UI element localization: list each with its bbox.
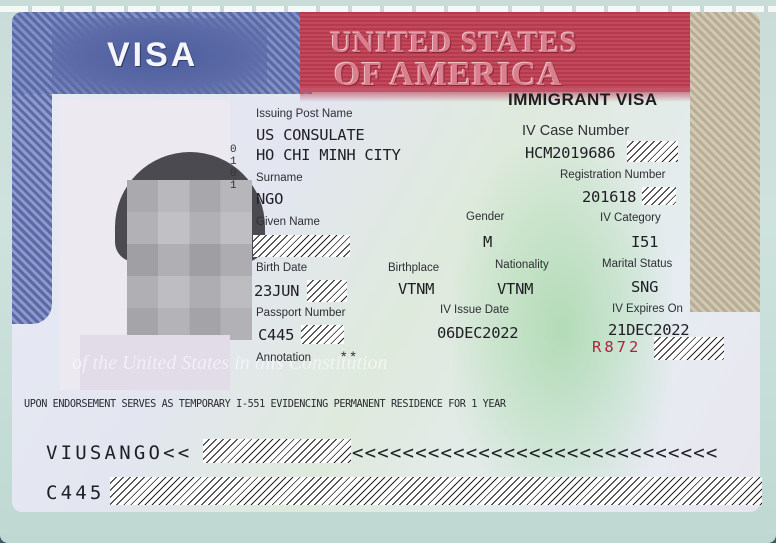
mrz-line-1-prefix: VIUSANGO<< [46, 442, 192, 464]
tan-security-band [690, 12, 760, 312]
birthplace-value: VTNM [398, 280, 434, 298]
gender-label: Gender [466, 211, 504, 223]
passport-number-value: C445 [258, 326, 294, 344]
mrz-line-2-redaction [110, 477, 762, 505]
iv-issue-date-value: 06DEC2022 [437, 324, 518, 342]
iv-case-number-value: HCM2019686 [525, 144, 615, 162]
control-digits: 0 1 0 1 [230, 144, 240, 192]
iv-expires-on-label: IV Expires On [612, 303, 683, 315]
iv-case-number-label: IV Case Number [522, 123, 629, 139]
blue-side-border [12, 94, 52, 324]
passport-number-label: Passport Number [256, 307, 345, 319]
mrz-line-1-filler: <<<<<<<<<<<<<<<<<<<<<<<<<<<<< [352, 442, 719, 464]
mrz-line-2-prefix: C445 [46, 482, 105, 504]
country-name-line2: OF AMERICA [334, 56, 563, 94]
given-name-redaction [253, 235, 350, 257]
annotation-value: * * [341, 348, 356, 364]
iv-category-value: I51 [631, 233, 658, 251]
holder-photo [60, 100, 230, 390]
nationality-value: VTNM [497, 280, 533, 298]
surname-label: Surname [256, 172, 303, 184]
gender-value: M [483, 233, 492, 251]
iv-case-number-redaction [627, 141, 678, 162]
visa-heading: VISA [107, 36, 198, 75]
marital-status-value: SNG [631, 278, 658, 296]
registration-number-redaction [642, 187, 676, 205]
birthplace-label: Birthplace [388, 262, 439, 274]
birth-date-value: 23JUN [254, 282, 299, 300]
birth-date-redaction [307, 280, 347, 302]
issuing-post-value-2: HO CHI MINH CITY [256, 146, 401, 164]
surname-value: NGO [256, 190, 283, 208]
visa-type-title: IMMIGRANT VISA [508, 90, 658, 110]
passport-number-redaction [301, 325, 344, 344]
marital-status-label: Marital Status [602, 258, 672, 270]
annotation-label: Annotation [256, 352, 311, 364]
given-name-label: Given Name [256, 216, 320, 228]
visa-page: VISA UNITED STATES OF AMERICA 0 1 0 1 of… [0, 0, 776, 543]
nationality-label: Nationality [495, 259, 549, 271]
registration-number-value: 201618 [582, 188, 636, 206]
issuing-post-value-1: US CONSULATE [256, 126, 364, 144]
mrz-line-1-redaction [203, 439, 351, 463]
serial-number: R872 [592, 338, 641, 356]
registration-number-label: Registration Number [560, 169, 665, 181]
serial-number-redaction [654, 337, 724, 360]
issuing-post-label: Issuing Post Name [256, 108, 353, 120]
iv-category-label: IV Category [600, 212, 661, 224]
birth-date-label: Birth Date [256, 262, 307, 274]
photo-face-pixelated [127, 180, 252, 340]
iv-issue-date-label: IV Issue Date [440, 304, 509, 316]
country-name-line1: UNITED STATES [330, 26, 578, 60]
endorsement-text: UPON ENDORSEMENT SERVES AS TEMPORARY I-5… [24, 399, 506, 410]
